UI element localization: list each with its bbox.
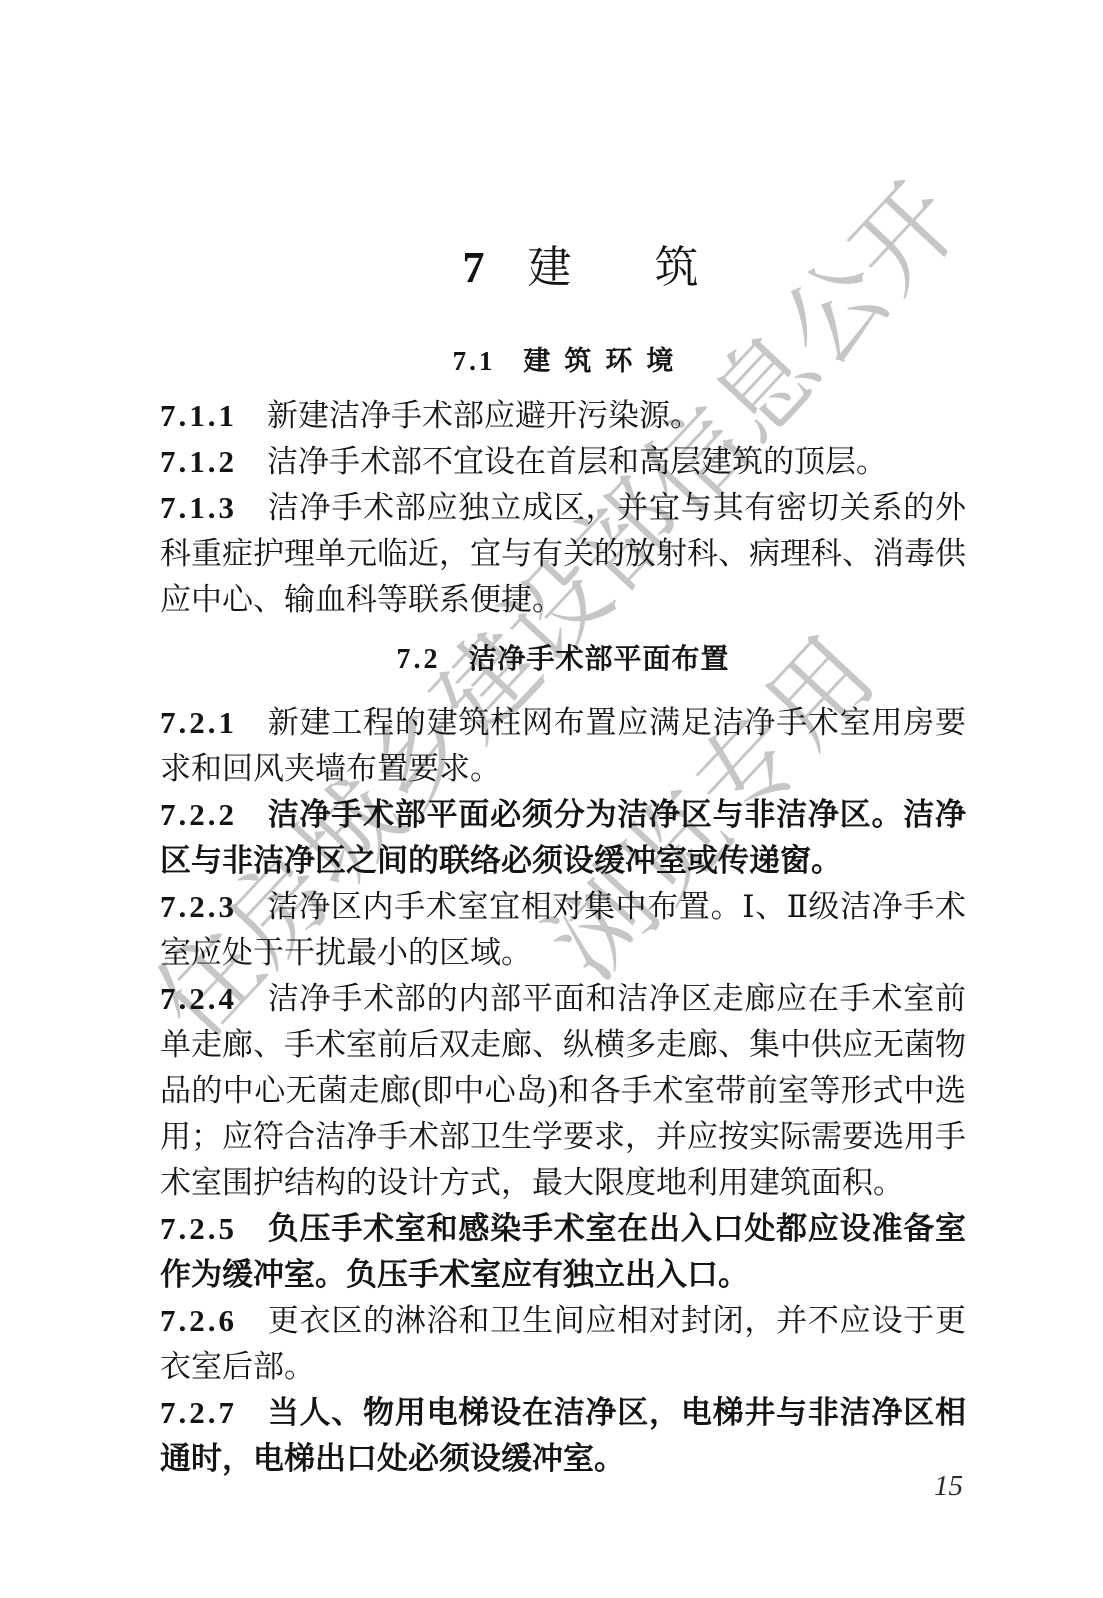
clause-7-2-4: 7.2.4洁净手术部的内部平面和洁净区走廊应在手术室前单走廊、手术室前后双走廊、… — [160, 976, 966, 1206]
clause-number: 7.2.1 — [160, 705, 237, 740]
chapter-name: 建筑 — [528, 243, 782, 292]
section-heading-7-2: 7.2洁净手术部平面布置 — [160, 645, 966, 674]
chapter-title: 7建筑 — [160, 246, 966, 290]
clause-text: 洁净手术部的内部平面和洁净区走廊应在手术室前单走廊、手术室前后双走廊、纵横多走廊… — [160, 981, 966, 1200]
clause-7-1-1: 7.1.1新建洁净手术部应避开污染源。 — [160, 393, 966, 439]
clause-7-2-3: 7.2.3洁净区内手术室宜相对集中布置。Ⅰ、Ⅱ级洁净手术室应处于干扰最小的区域。 — [160, 884, 966, 976]
clause-7-1-2: 7.1.2洁净手术部不宜设在首层和高层建筑的顶层。 — [160, 439, 966, 485]
section-number: 7.1 — [453, 346, 496, 376]
section-title: 建筑环境 — [523, 346, 687, 376]
clause-text: 更衣区的淋浴和卫生间应相对封闭，并不应设于更衣室后部。 — [160, 1303, 966, 1384]
clause-text: 洁净手术部不宜设在首层和高层建筑的顶层。 — [267, 444, 887, 479]
clause-7-2-1: 7.2.1新建工程的建筑柱网布置应满足洁净手术室用房要求和回风夹墙布置要求。 — [160, 700, 966, 792]
clause-number: 7.1.2 — [160, 444, 237, 479]
page-number: 15 — [934, 1472, 963, 1501]
clause-number: 7.2.5 — [160, 1211, 237, 1246]
clause-number: 7.2.3 — [160, 889, 237, 924]
clause-7-2-2: 7.2.2洁净手术部平面必须分为洁净区与非洁净区。洁净区与非洁净区之间的联络必须… — [160, 792, 966, 884]
clause-text: 当人、物用电梯设在洁净区，电梯井与非洁净区相通时，电梯出口处必须设缓冲室。 — [160, 1395, 966, 1476]
clause-text: 洁净手术部应独立成区，并宜与其有密切关系的外科重症护理单元临近，宜与有关的放射科… — [160, 490, 966, 617]
clause-text: 洁净手术部平面必须分为洁净区与非洁净区。洁净区与非洁净区之间的联络必须设缓冲室或… — [160, 797, 966, 878]
clause-number: 7.1.3 — [160, 490, 237, 525]
clause-7-2-7: 7.2.7当人、物用电梯设在洁净区，电梯井与非洁净区相通时，电梯出口处必须设缓冲… — [160, 1390, 966, 1482]
clause-text: 负压手术室和感染手术室在出入口处都应设准备室作为缓冲室。负压手术室应有独立出入口… — [160, 1211, 966, 1292]
document-page: 住房城乡建设部信息公开 浏览专用 7建筑 7.1建筑环境 7.1.1新建洁净手术… — [0, 0, 1103, 1598]
clause-7-1-3: 7.1.3洁净手术部应独立成区，并宜与其有密切关系的外科重症护理单元临近，宜与有… — [160, 485, 966, 623]
clause-text: 洁净区内手术室宜相对集中布置。Ⅰ、Ⅱ级洁净手术室应处于干扰最小的区域。 — [160, 889, 966, 970]
clause-number: 7.2.7 — [160, 1395, 237, 1430]
clause-number: 7.1.1 — [160, 398, 237, 433]
section-heading-7-1: 7.1建筑环境 — [160, 348, 966, 375]
section-title: 洁净手术部平面布置 — [468, 643, 729, 674]
chapter-number: 7 — [463, 243, 485, 292]
section-number: 7.2 — [396, 644, 440, 675]
clause-number: 7.2.4 — [160, 981, 237, 1016]
page-content: 7建筑 7.1建筑环境 7.1.1新建洁净手术部应避开污染源。 7.1.2洁净手… — [160, 0, 966, 1482]
clause-text: 新建工程的建筑柱网布置应满足洁净手术室用房要求和回风夹墙布置要求。 — [160, 705, 966, 786]
clause-number: 7.2.6 — [160, 1303, 237, 1338]
clause-number: 7.2.2 — [160, 797, 237, 832]
clause-7-2-5: 7.2.5负压手术室和感染手术室在出入口处都应设准备室作为缓冲室。负压手术室应有… — [160, 1206, 966, 1298]
clause-text: 新建洁净手术部应避开污染源。 — [267, 398, 701, 433]
clause-7-2-6: 7.2.6更衣区的淋浴和卫生间应相对封闭，并不应设于更衣室后部。 — [160, 1298, 966, 1390]
